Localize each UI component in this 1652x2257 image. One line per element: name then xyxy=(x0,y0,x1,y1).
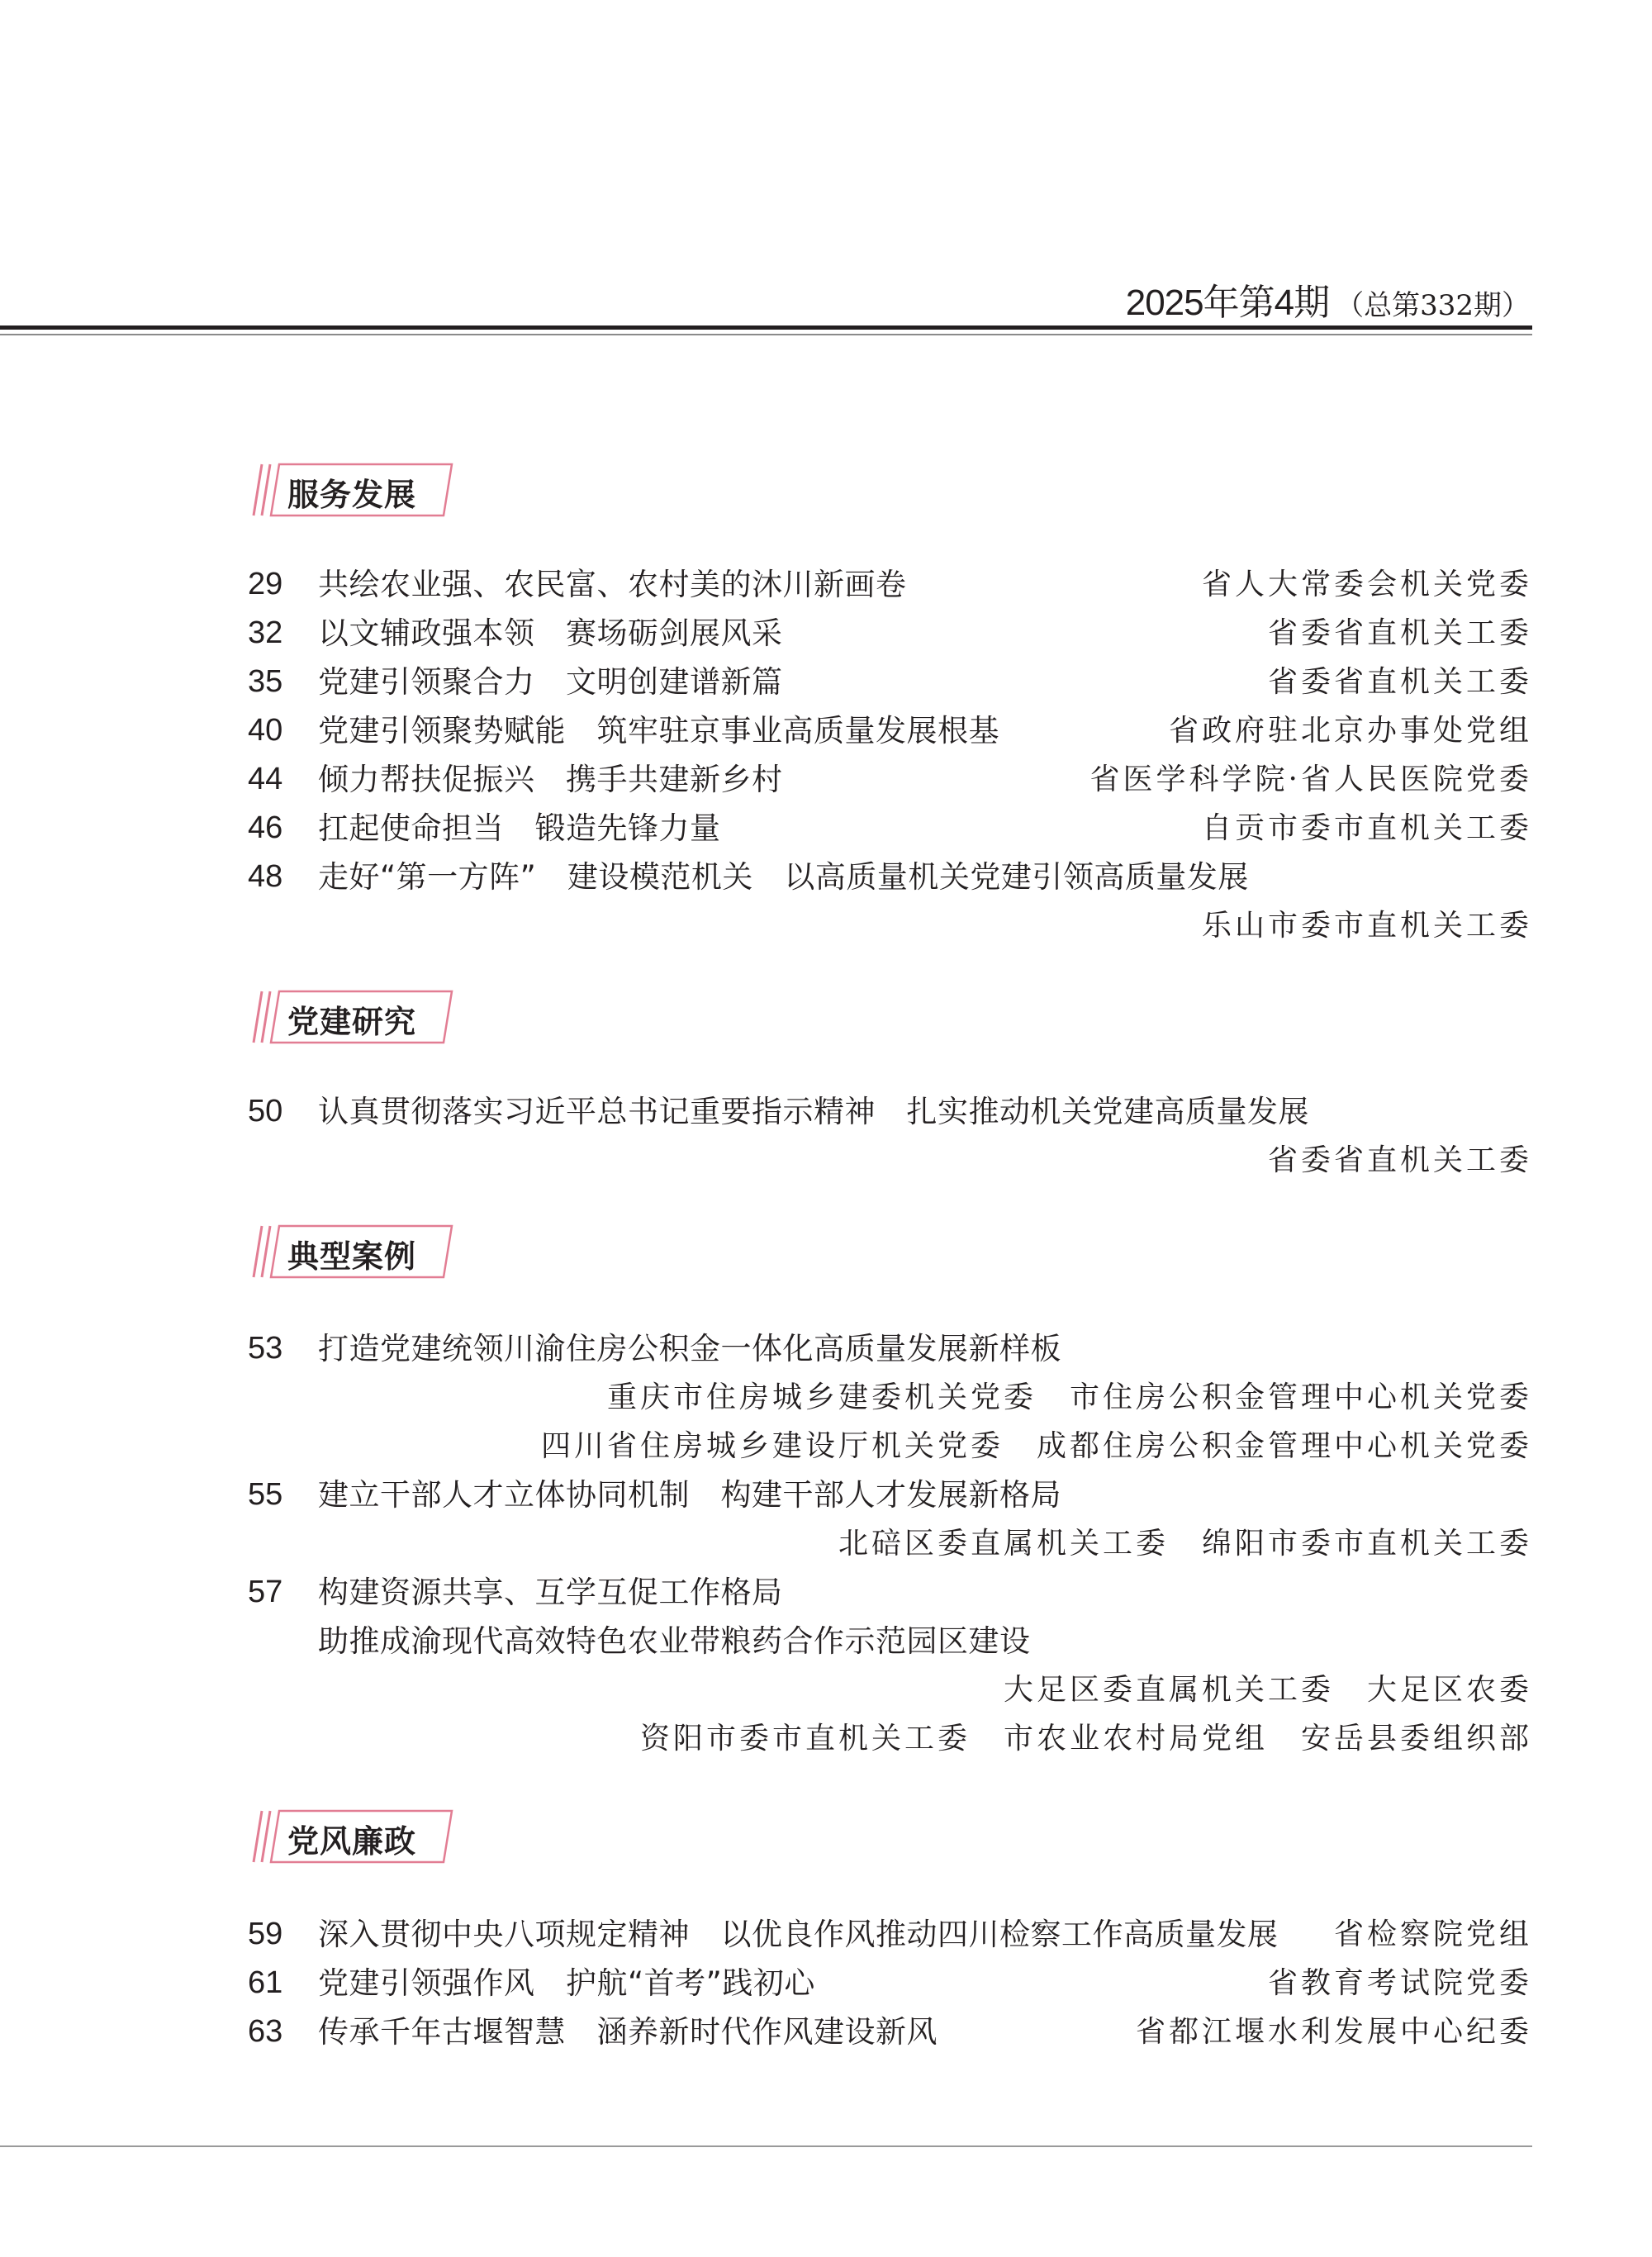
entry-org: 省委省直机关工委 xyxy=(1268,609,1532,658)
page-number: 53 xyxy=(248,1324,282,1373)
toc-entry[interactable]: 53打造党建统领川渝住房公积金一体化高质量发展新样板 重庆市住房城乡建委机关党委… xyxy=(244,1324,1532,1471)
page-number: 29 xyxy=(248,560,282,609)
section-service-development: 服务发展 xyxy=(244,463,1532,517)
toc-entry[interactable]: 55建立干部人才立体协同机制 构建干部人才发展新格局 北碚区委直属机关工委 绵阳… xyxy=(244,1471,1532,1568)
entry-title[interactable]: 建立干部人才立体协同机制 构建干部人才发展新格局 xyxy=(318,1471,1061,1519)
section-integrity: 党风廉政 xyxy=(244,1809,1532,1864)
entry-title[interactable]: 深入贯彻中央八项规定精神 以优良作风推动四川检察工作高质量发展 xyxy=(318,1910,1279,1959)
issue-number: 2025年第4期 xyxy=(1126,273,1329,325)
entry-org: 北碚区委直属机关工委 绵阳市委市直机关工委 xyxy=(838,1519,1532,1568)
entry-title[interactable]: 认真贯彻落实习近平总书记重要指示精神 扎实推动机关党建高质量发展 xyxy=(318,1087,1309,1136)
page-number: 55 xyxy=(248,1471,282,1519)
header-rule-thin xyxy=(0,334,1532,335)
entry-org: 省委省直机关工委 xyxy=(1268,658,1532,706)
header-rule-thick xyxy=(0,325,1532,330)
toc-entry[interactable]: 59深入贯彻中央八项规定精神 以优良作风推动四川检察工作高质量发展省检察院党组 xyxy=(244,1910,1532,1959)
section-header: 典型案例 xyxy=(244,1224,458,1279)
page-number: 57 xyxy=(248,1568,282,1617)
toc-entry[interactable]: 61党建引领强作风 护航“首考”践初心省教育考试院党委 xyxy=(244,1959,1532,2008)
issue-header: 2025年第4期 （总第332期） xyxy=(1126,273,1530,322)
issue-total: （总第332期） xyxy=(1336,283,1530,323)
entry-org: 重庆市住房城乡建委机关党委 市住房公积金管理中心机关党委 xyxy=(607,1373,1532,1422)
entry-title[interactable]: 以文辅政强本领 赛场砺剑展风采 xyxy=(318,609,783,658)
toc-entry[interactable]: 46扛起使命担当 锻造先锋力量自贡市委市直机关工委 xyxy=(244,804,1532,853)
toc-entry[interactable]: 63传承千年古堰智慧 涵养新时代作风建设新风省都江堰水利发展中心纪委 xyxy=(244,2008,1532,2056)
entry-org: 四川省住房城乡建设厅机关党委 成都住房公积金管理中心机关党委 xyxy=(541,1422,1532,1471)
entry-title[interactable]: 传承千年古堰智慧 涵养新时代作风建设新风 xyxy=(318,2008,938,2056)
entry-org: 自贡市委市直机关工委 xyxy=(1202,804,1532,853)
entry-org: 大足区委直属机关工委 大足区农委 xyxy=(1004,1665,1532,1714)
entry-title[interactable]: 党建引领强作风 护航“首考”践初心 xyxy=(318,1959,815,2008)
page-number: 50 xyxy=(248,1087,282,1136)
toc-entry[interactable]: 29共绘农业强、农民富、农村美的沐川新画卷省人大常委会机关党委 xyxy=(244,560,1532,609)
entry-title[interactable]: 党建引领聚势赋能 筑牢驻京事业高质量发展根基 xyxy=(318,706,999,755)
section-header: 党建研究 xyxy=(244,990,458,1044)
section-typical-cases: 典型案例 xyxy=(244,1224,1532,1279)
entry-title-continued[interactable]: 助推成渝现代高效特色农业带粮药合作示范园区建设 xyxy=(318,1617,1031,1665)
section-title: 典型案例 xyxy=(287,1231,416,1276)
section-title: 党风廉政 xyxy=(287,1816,416,1861)
section-header: 服务发展 xyxy=(244,463,458,517)
entry-org: 省教育考试院党委 xyxy=(1268,1959,1532,2008)
entry-title[interactable]: 构建资源共享、互学互促工作格局 xyxy=(318,1568,783,1617)
page-number: 40 xyxy=(248,706,282,755)
toc-entry[interactable]: 57构建资源共享、互学互促工作格局 助推成渝现代高效特色农业带粮药合作示范园区建… xyxy=(244,1568,1532,1763)
section-header: 党风廉政 xyxy=(244,1809,458,1864)
page-number: 61 xyxy=(248,1959,282,2008)
entry-title[interactable]: 倾力帮扶促振兴 携手共建新乡村 xyxy=(318,755,783,804)
entry-title[interactable]: 党建引领聚合力 文明创建谱新篇 xyxy=(318,658,783,706)
toc-entry[interactable]: 44倾力帮扶促振兴 携手共建新乡村省医学科学院·省人民医院党委 xyxy=(244,755,1532,804)
page-number: 35 xyxy=(248,658,282,706)
entry-org: 省人大常委会机关党委 xyxy=(1202,560,1532,609)
entry-org: 省都江堰水利发展中心纪委 xyxy=(1136,2008,1532,2056)
entry-title[interactable]: 走好“第一方阵” 建设模范机关 以高质量机关党建引领高质量发展 xyxy=(318,853,1249,901)
entry-title[interactable]: 打造党建统领川渝住房公积金一体化高质量发展新样板 xyxy=(318,1324,1061,1373)
page-number: 63 xyxy=(248,2008,282,2056)
entry-org: 乐山市委市直机关工委 xyxy=(1202,901,1532,950)
section-title: 党建研究 xyxy=(287,996,416,1042)
page-number: 59 xyxy=(248,1910,282,1959)
footer-rule xyxy=(0,2145,1532,2147)
entry-org: 资阳市委市直机关工委 市农业农村局党组 安岳县委组织部 xyxy=(640,1714,1532,1763)
entry-title[interactable]: 共绘农业强、农民富、农村美的沐川新画卷 xyxy=(318,560,907,609)
toc-entry[interactable]: 40党建引领聚势赋能 筑牢驻京事业高质量发展根基省政府驻北京办事处党组 xyxy=(244,706,1532,755)
toc-entry[interactable]: 35党建引领聚合力 文明创建谱新篇省委省直机关工委 xyxy=(244,658,1532,706)
entry-org: 省医学科学院·省人民医院党委 xyxy=(1090,755,1532,804)
page-number: 32 xyxy=(248,609,282,658)
section-title: 服务发展 xyxy=(287,469,416,515)
entry-org: 省检察院党组 xyxy=(1334,1910,1532,1959)
section-party-building-research: 党建研究 xyxy=(244,990,1532,1044)
page-number: 48 xyxy=(248,853,282,901)
entry-org: 省政府驻北京办事处党组 xyxy=(1169,706,1532,755)
entry-org: 省委省直机关工委 xyxy=(1268,1136,1532,1185)
page-number: 44 xyxy=(248,755,282,804)
toc-entry[interactable]: 50认真贯彻落实习近平总书记重要指示精神 扎实推动机关党建高质量发展 省委省直机… xyxy=(244,1087,1532,1185)
toc-entry[interactable]: 48走好“第一方阵” 建设模范机关 以高质量机关党建引领高质量发展 乐山市委市直… xyxy=(244,853,1532,950)
page-number: 46 xyxy=(248,804,282,853)
entry-title[interactable]: 扛起使命担当 锻造先锋力量 xyxy=(318,804,721,853)
toc-entry[interactable]: 32以文辅政强本领 赛场砺剑展风采省委省直机关工委 xyxy=(244,609,1532,658)
